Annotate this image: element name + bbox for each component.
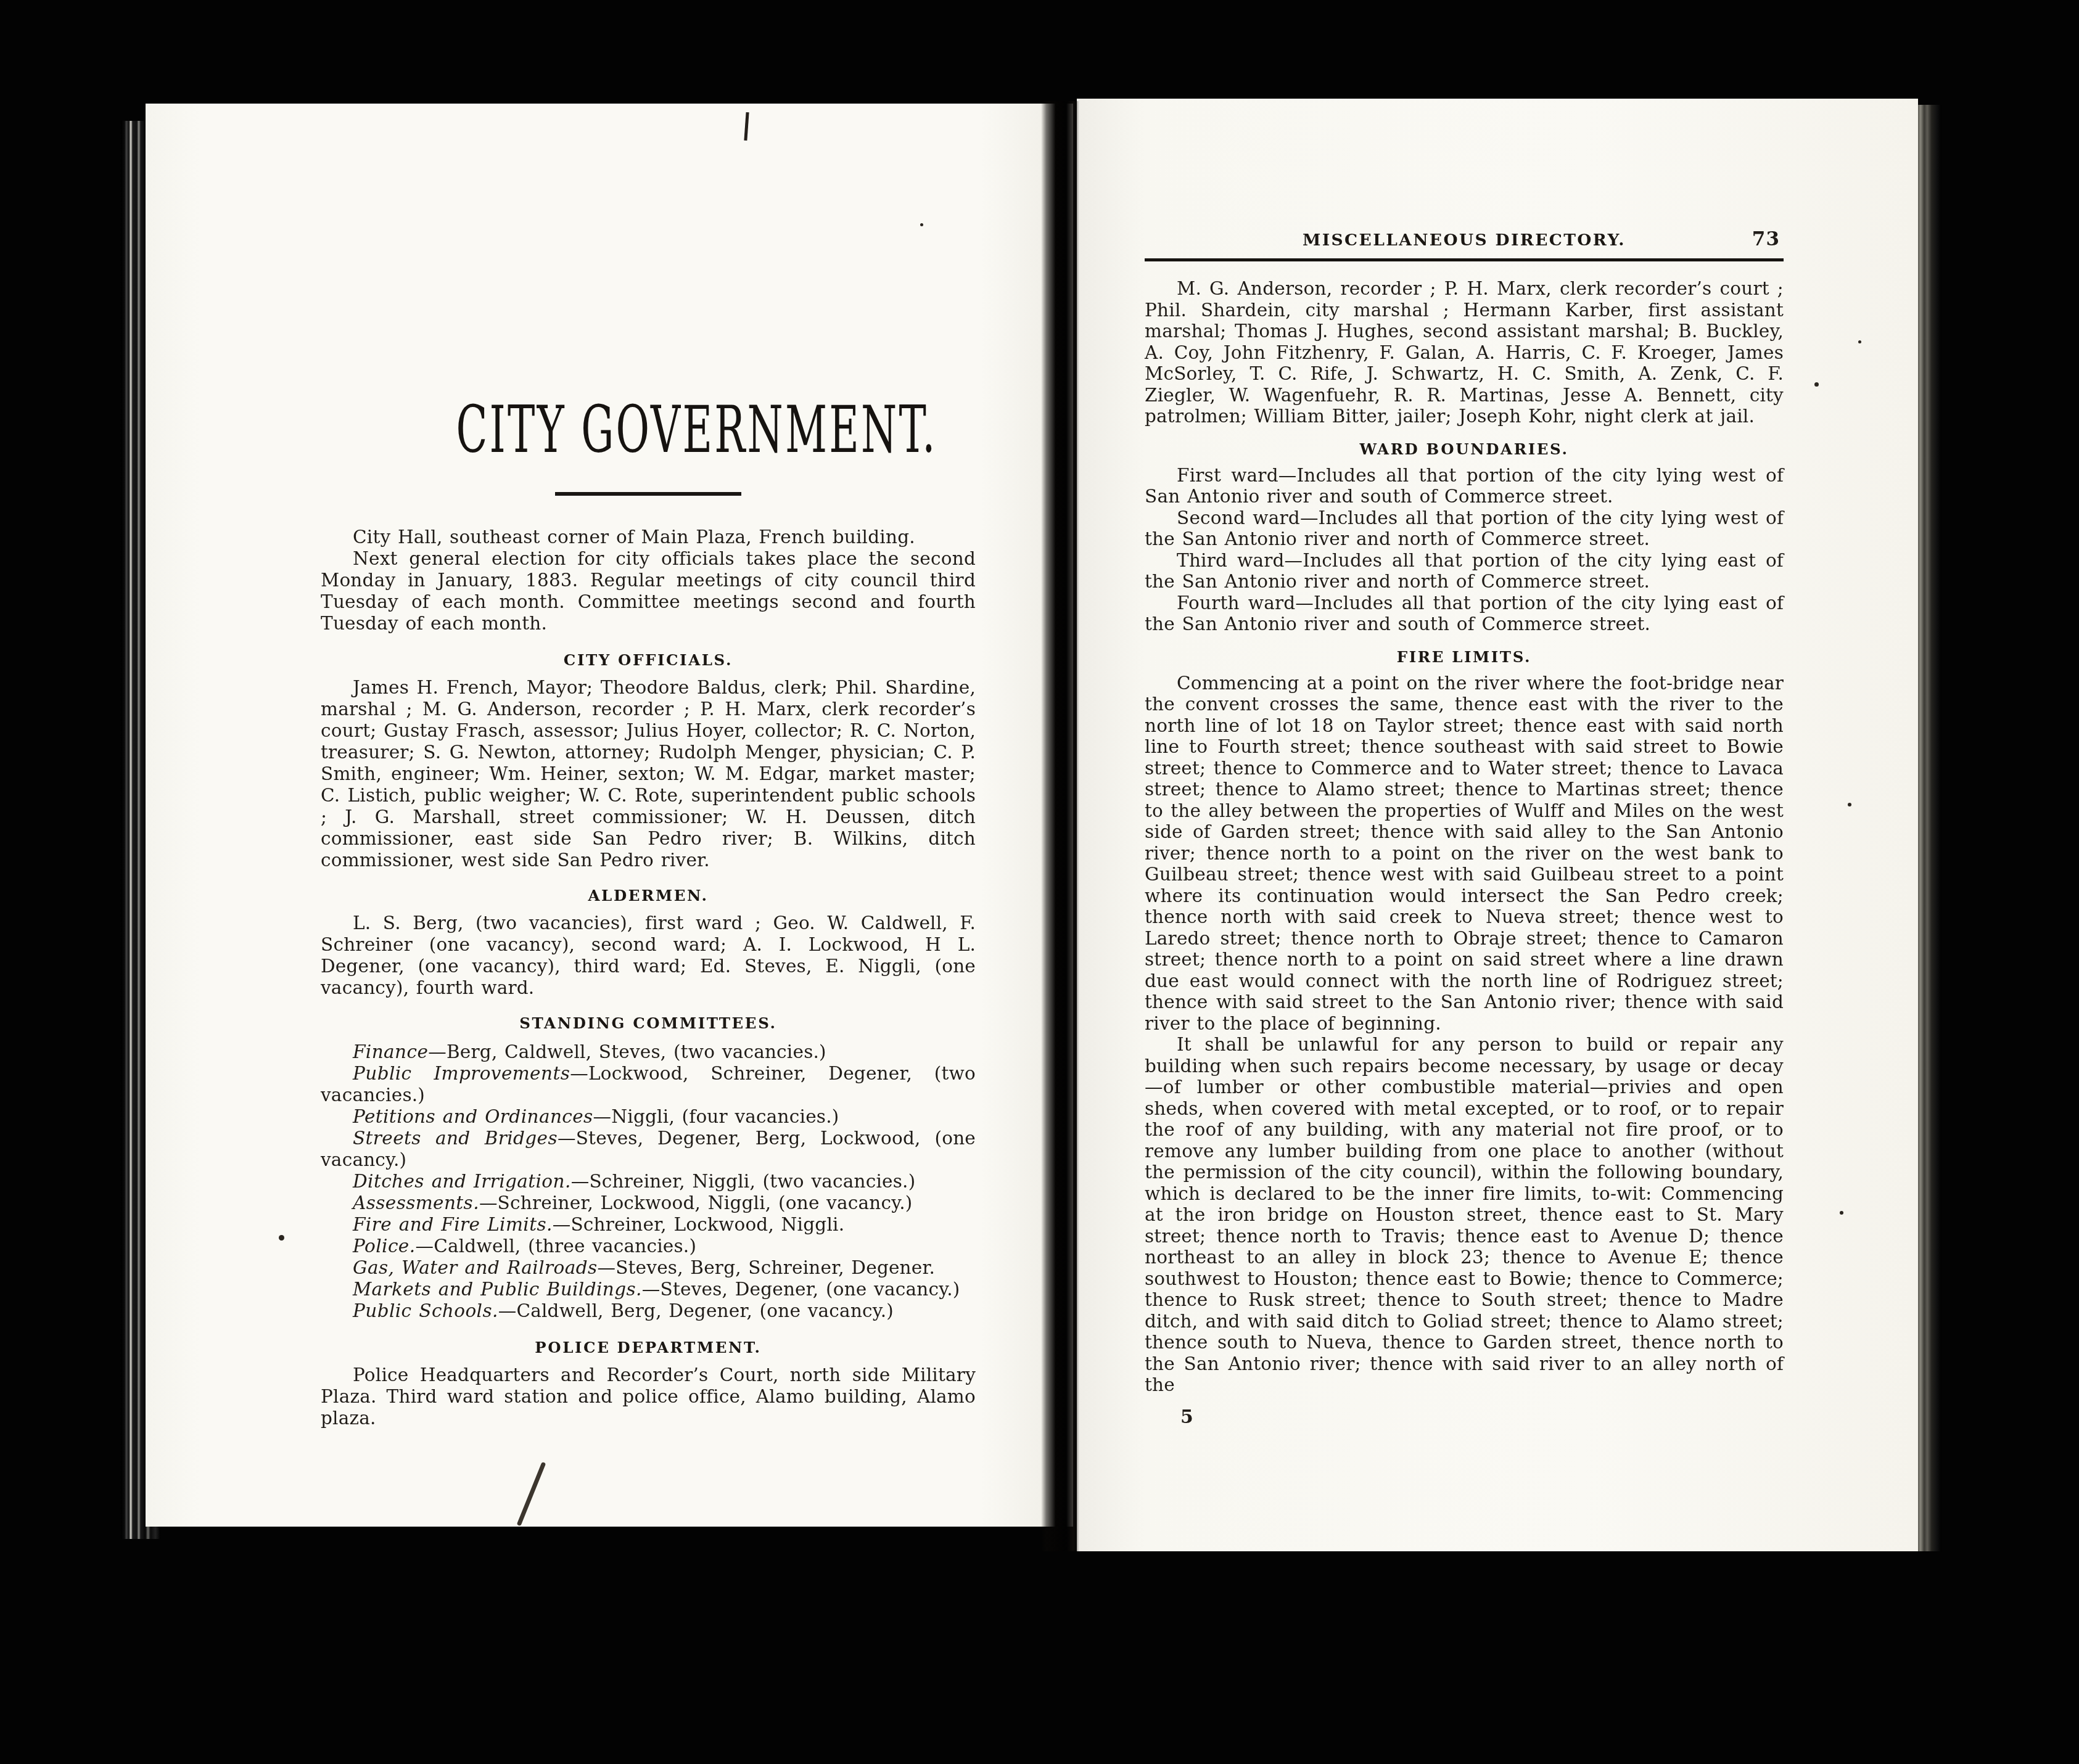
committee-name: Markets and Public Buildings. <box>353 1279 642 1300</box>
committee-item-gas-water-railroads: Gas, Water and Railroads—Steves, Berg, S… <box>321 1257 976 1279</box>
title-divider <box>555 492 741 496</box>
paragraph-city-hall: City Hall, southeast corner of Main Plaz… <box>321 527 976 548</box>
running-header-title: MISCELLANEOUS DIRECTORY. <box>1145 231 1784 250</box>
ward-boundary-second: Second ward—Includes all that portion of… <box>1145 507 1784 550</box>
committee-name: Petitions and Ordinances <box>353 1106 593 1127</box>
committee-name: Public Improvements <box>353 1063 570 1084</box>
committee-members: —Schreiner, Lockwood, Niggli, (one vacan… <box>479 1192 913 1213</box>
committee-members: —Steves, Degener, (one vacancy.) <box>642 1279 960 1300</box>
committee-item-finance: Finance—Berg, Caldwell, Steves, (two vac… <box>321 1041 976 1063</box>
heading-fire-limits: FIRE LIMITS. <box>1145 648 1784 666</box>
right-page-text-column: MISCELLANEOUS DIRECTORY. 73 M. G. Anders… <box>1145 99 1784 1428</box>
heading-city-officials: CITY OFFICIALS. <box>321 651 976 669</box>
paragraph-fire-limits-boundary: Commencing at a point on the river where… <box>1145 673 1784 1035</box>
committee-item-assessments: Assessments.—Schreiner, Lockwood, Niggli… <box>321 1192 976 1214</box>
page-title: CITY GOVERNMENT. <box>321 392 976 467</box>
committee-name: Assessments. <box>353 1192 479 1213</box>
committee-name: Fire and Fire Limits. <box>353 1214 553 1235</box>
book-spine <box>1041 101 1079 1551</box>
page-number: 73 <box>1752 228 1780 250</box>
committee-name: Finance <box>353 1041 428 1062</box>
ward-boundary-first: First ward—Includes all that portion of … <box>1145 465 1784 507</box>
committee-item-fire-limits: Fire and Fire Limits.—Schreiner, Lockwoo… <box>321 1214 976 1236</box>
committee-members: —Steves, Berg, Schreiner, Degener. <box>597 1257 935 1278</box>
heading-standing-committees: STANDING COMMITTEES. <box>321 1014 976 1032</box>
heading-ward-boundaries: WARD BOUNDARIES. <box>1145 440 1784 458</box>
committee-item-markets-public-buildings: Markets and Public Buildings.—Steves, De… <box>321 1279 976 1300</box>
committee-name: Gas, Water and Railroads <box>353 1257 597 1278</box>
committee-members: —Caldwell, Berg, Degener, (one vacancy.) <box>498 1300 894 1321</box>
committee-item-streets-bridges: Streets and Bridges—Steves, Degener, Ber… <box>321 1128 976 1171</box>
committee-item-ditches-irrigation: Ditches and Irrigation.—Schreiner, Niggl… <box>321 1171 976 1192</box>
heading-aldermen: ALDERMEN. <box>321 887 976 905</box>
header-rule <box>1145 258 1784 261</box>
paragraph-aldermen: L. S. Berg, (two vacancies), first ward … <box>321 913 976 999</box>
paragraph-elections: Next general election for city officials… <box>321 548 976 634</box>
committee-item-petitions-ordinances: Petitions and Ordinances—Niggli, (four v… <box>321 1106 976 1128</box>
page-title-text: CITY GOVERNMENT. <box>456 392 937 467</box>
heading-police-department: POLICE DEPARTMENT. <box>321 1339 976 1356</box>
committee-item-police: Police.—Caldwell, (three vacancies.) <box>321 1236 976 1257</box>
committee-name: Streets and Bridges <box>353 1128 558 1149</box>
scan-speck <box>1858 340 1861 343</box>
paragraph-police-department: Police Headquarters and Recorder’s Court… <box>321 1364 976 1429</box>
scan-speck <box>1848 803 1851 806</box>
committee-members: —Schreiner, Niggli, (two vacancies.) <box>571 1171 916 1192</box>
running-header: MISCELLANEOUS DIRECTORY. 73 <box>1145 231 1784 253</box>
committee-name: Public Schools. <box>353 1300 498 1321</box>
committee-item-public-improvements: Public Improvements—Lockwood, Schreiner,… <box>321 1063 976 1106</box>
left-page: CITY GOVERNMENT. City Hall, southeast co… <box>146 104 1073 1527</box>
scanned-book-spread: CITY GOVERNMENT. City Hall, southeast co… <box>0 0 2079 1764</box>
scan-speck <box>1814 382 1819 387</box>
scan-speck <box>920 223 923 226</box>
paragraph-fire-limits-regulation: It shall be unlawful for any person to b… <box>1145 1034 1784 1396</box>
scan-speck <box>1840 1211 1843 1215</box>
paragraph-officials-continued: M. G. Anderson, recorder ; P. H. Marx, c… <box>1145 278 1784 427</box>
paragraph-city-officials: James H. French, Mayor; Theodore Baldus,… <box>321 677 976 871</box>
committee-name: Ditches and Irrigation. <box>353 1171 571 1192</box>
committee-item-public-schools: Public Schools.—Caldwell, Berg, Degener,… <box>321 1300 976 1322</box>
left-page-text-column: CITY GOVERNMENT. City Hall, southeast co… <box>321 104 976 1429</box>
ward-boundary-third: Third ward—Includes all that portion of … <box>1145 550 1784 593</box>
scan-speck <box>279 1235 284 1241</box>
ward-boundary-fourth: Fourth ward—Includes all that portion of… <box>1145 593 1784 635</box>
right-page: MISCELLANEOUS DIRECTORY. 73 M. G. Anders… <box>1077 99 1918 1551</box>
signature-mark: 5 <box>1180 1406 1784 1428</box>
committee-name: Police. <box>353 1236 415 1257</box>
committee-members: —Berg, Caldwell, Steves, (two vacancies.… <box>428 1041 826 1062</box>
committee-members: —Schreiner, Lockwood, Niggli. <box>553 1214 845 1235</box>
committee-members: —Caldwell, (three vacancies.) <box>415 1236 696 1257</box>
committee-members: —Niggli, (four vacancies.) <box>593 1106 839 1127</box>
